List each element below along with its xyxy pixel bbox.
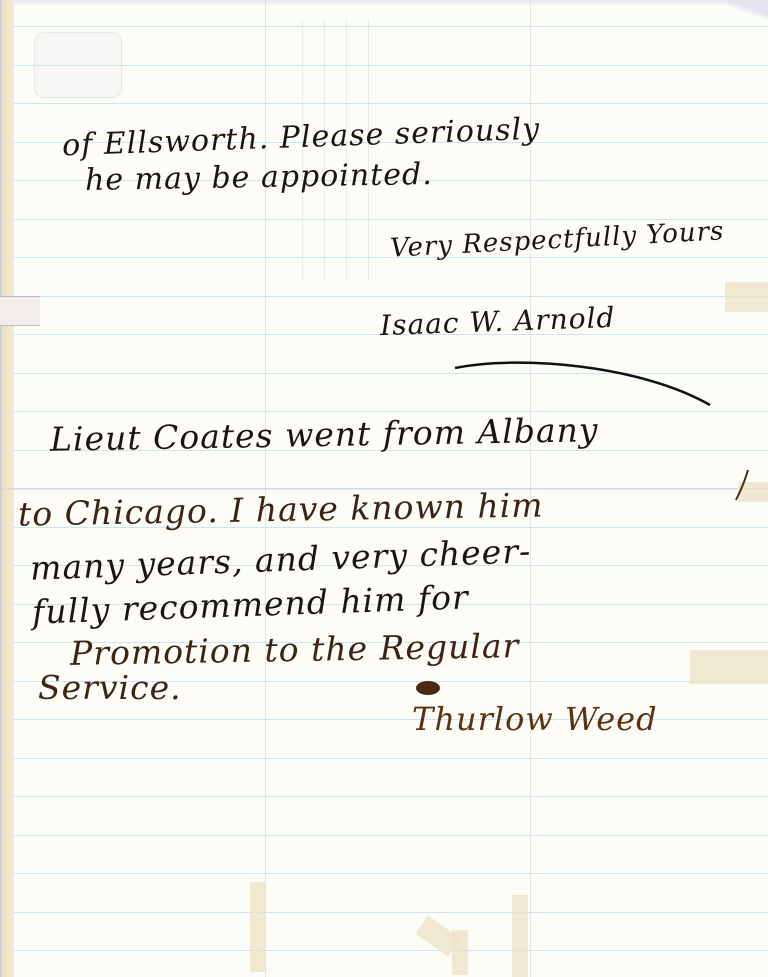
ruled-line xyxy=(0,758,768,759)
endorsement-line: Promotion to the Regular xyxy=(70,626,520,673)
ruled-line xyxy=(0,296,768,297)
fold-tear xyxy=(0,296,40,326)
ruled-line xyxy=(0,950,768,951)
tape-mark xyxy=(738,482,768,502)
signature-thurlow-weed: Thurlow Weed xyxy=(412,700,658,738)
ink-blot xyxy=(416,681,440,695)
scan-edge-top xyxy=(0,0,768,6)
tape-mark xyxy=(250,882,266,972)
folded-corner xyxy=(728,0,768,22)
tape-mark xyxy=(452,930,468,975)
endorsement-line: Lieut Coates went from Albany xyxy=(50,410,599,459)
signature-isaac-arnold: Isaac W. Arnold xyxy=(379,301,615,342)
signature-underline-flourish xyxy=(455,363,710,405)
tape-mark xyxy=(690,650,768,684)
ruled-line xyxy=(0,912,768,913)
embossed-stamp xyxy=(34,32,122,98)
ruled-line xyxy=(0,835,768,836)
tape-mark xyxy=(725,282,768,312)
endorsement-line: fully recommend him for xyxy=(31,577,469,631)
ruled-line xyxy=(0,796,768,797)
letter-page: of Ellsworth. Please seriously he may be… xyxy=(0,0,768,977)
letter-line: he may be appointed. xyxy=(85,157,433,198)
ruled-line xyxy=(0,411,768,412)
tape-mark xyxy=(512,895,528,977)
endorsement-line: Service. xyxy=(38,668,182,707)
ruled-line xyxy=(0,873,768,874)
ruled-line xyxy=(0,373,768,374)
